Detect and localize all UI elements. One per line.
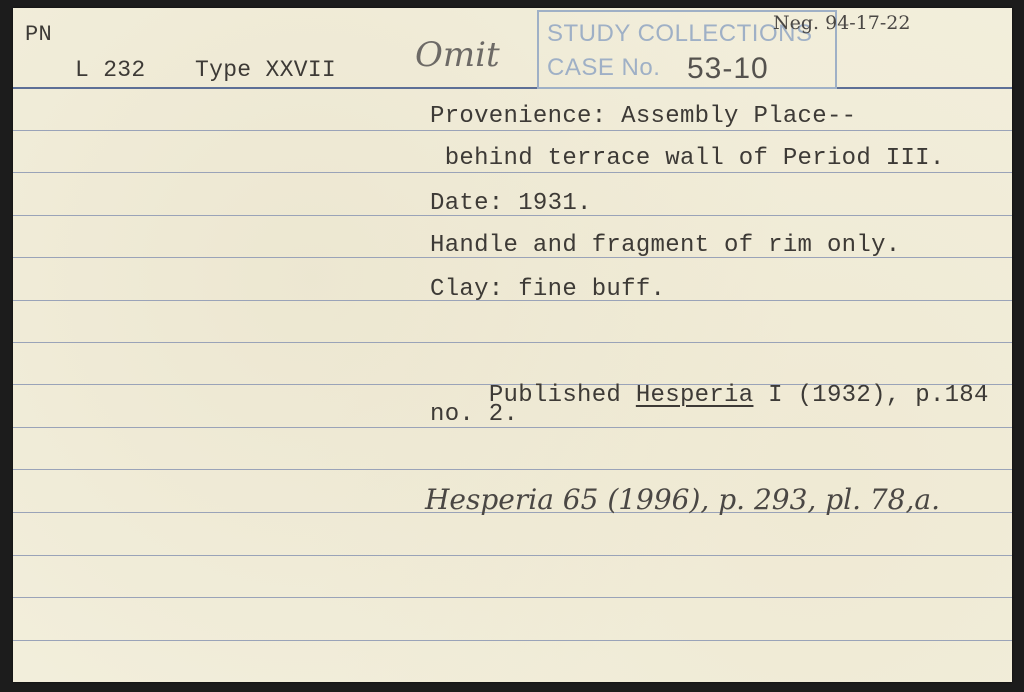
inventory-number: L 232 [75,59,146,82]
publication-line-2: no. 2. [430,403,518,427]
ruled-line [13,342,1012,343]
publication-suffix: I (1932), p.184 [753,382,988,409]
ruled-line [13,172,1012,173]
type-label: Type XXVII [195,59,336,82]
clay-line: Clay: fine buff. [430,278,665,302]
stamp-case-label: CASE No. [547,54,660,82]
handwritten-note: Omit [415,38,500,72]
handwritten-reference: Hesperia 65 (1996), p. 293, pl. 78,a. [425,486,940,514]
ruled-line [13,597,1012,598]
catalog-card: PN L 232 Type XXVII Omit STUDY COLLECTIO… [13,8,1012,682]
header-rule [13,87,1012,89]
ruled-line [13,469,1012,470]
ruled-line [13,555,1012,556]
date-line: Date: 1931. [430,192,592,216]
provenience-line-2: behind terrace wall of Period III. [430,147,945,171]
negative-number: Neg. 94-17-22 [773,14,910,33]
provenience-line-1: Provenience: Assembly Place-- [430,105,856,129]
description-line: Handle and fragment of rim only. [430,234,900,258]
collection-code: PN [25,24,52,46]
case-number: 53-10 [687,52,769,86]
ruled-line [13,130,1012,131]
ruled-line [13,640,1012,641]
publication-journal: Hesperia [636,382,754,409]
